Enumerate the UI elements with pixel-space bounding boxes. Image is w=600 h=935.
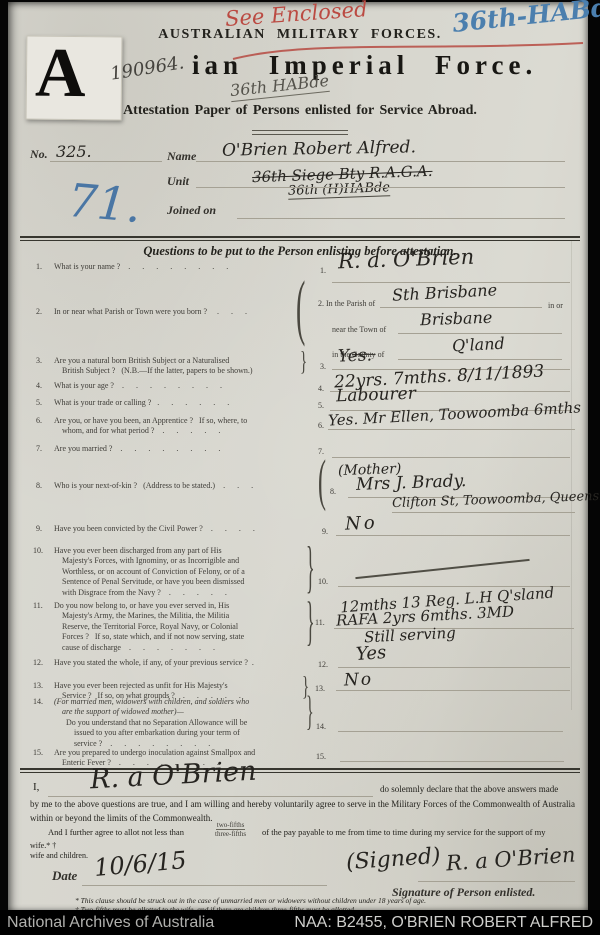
q2-number: 2. bbox=[36, 307, 42, 316]
a13-underline bbox=[336, 689, 570, 691]
no-underline bbox=[50, 160, 162, 162]
a1-number: 1. bbox=[320, 266, 326, 275]
q14-italic-text: (For married men, widowers with children… bbox=[54, 697, 312, 718]
a9-answer: No bbox=[345, 512, 378, 534]
q11-brace: } bbox=[306, 594, 315, 648]
q3-text: Are you a natural born British Subject o… bbox=[54, 356, 309, 377]
q12-text: Have you stated the whole, if any, of yo… bbox=[54, 658, 314, 668]
wife-clause-line1: wife.* † bbox=[30, 841, 88, 851]
name-value: O'Brien Robert Alfred. bbox=[222, 137, 416, 160]
a2-county-underline bbox=[398, 358, 562, 360]
q3-brace: } bbox=[300, 350, 307, 377]
q10-number: 10. bbox=[33, 546, 43, 555]
archive-caption-bar: National Archives of Australia NAA: B245… bbox=[0, 910, 600, 935]
a12-answer: Yes bbox=[355, 642, 387, 665]
joined-on-underline bbox=[237, 217, 565, 219]
archive-reference: NAA: B2455, O'BRIEN ROBERT ALFRED bbox=[294, 914, 593, 932]
q2-text: In or near what Parish or Town were you … bbox=[54, 307, 294, 317]
a5-answer: Labourer bbox=[336, 384, 416, 407]
name-label: Name bbox=[167, 149, 196, 164]
a9-underline bbox=[336, 534, 570, 536]
a3-number: 3. bbox=[320, 362, 326, 371]
a2-county-post: of bbox=[376, 350, 385, 359]
a15-number: 15. bbox=[316, 752, 326, 761]
a11-number: 11. bbox=[315, 618, 325, 627]
q9-number: 9. bbox=[36, 524, 42, 533]
subtitle-rule bbox=[252, 130, 348, 135]
q8-brace: ( bbox=[318, 453, 326, 511]
a10-number: 10. bbox=[318, 577, 328, 586]
attestation-subtitle: Attestation Paper of Persons enlisted fo… bbox=[60, 103, 540, 119]
q12-number: 12. bbox=[33, 658, 43, 667]
a9-number: 9. bbox=[322, 527, 328, 536]
q7-text: Are you married ? . . . . . . . . bbox=[54, 444, 314, 454]
q6-text: Are you, or have you been, an Apprentice… bbox=[54, 416, 312, 437]
joined-on-label: Joined on bbox=[167, 203, 216, 218]
a1-answer: R. a. O'Brien bbox=[338, 245, 475, 274]
allotment-after: of the pay payable to me from time to ti… bbox=[262, 827, 546, 837]
a6-number: 6. bbox=[318, 421, 324, 430]
q1-text: What is your name ? . . . . . . . . bbox=[54, 262, 314, 272]
q4-number: 4. bbox=[36, 381, 42, 390]
q8-text: Who is your next-of-kin ? (Address to be… bbox=[54, 481, 309, 491]
a8-number: 8. bbox=[330, 487, 336, 496]
a4-number: 4. bbox=[318, 384, 324, 393]
q5-text: What is your trade or calling ? . . . . … bbox=[54, 398, 314, 408]
section-divider-top bbox=[20, 236, 580, 241]
q10-text: Have you ever been discharged from any p… bbox=[54, 546, 312, 598]
a5-number: 5. bbox=[318, 401, 324, 410]
paper-fold-line bbox=[571, 240, 572, 710]
unit-underline bbox=[196, 186, 565, 188]
a2-parish-label: 2. In the Parish of bbox=[318, 299, 375, 308]
declaration-after-text: do solemnly declare that the above answe… bbox=[380, 784, 558, 794]
label-letter-a: A bbox=[35, 35, 86, 113]
a15-underline bbox=[340, 760, 564, 762]
a13-answer: No bbox=[344, 669, 374, 690]
allotment-before: And I further agree to allot not less th… bbox=[48, 827, 184, 837]
allotment-fraction: two-fifths three-fifths bbox=[215, 821, 246, 838]
a13-number: 13. bbox=[315, 684, 325, 693]
q14-number: 14. bbox=[33, 697, 43, 706]
q14-text: Do you understand that no Separation All… bbox=[66, 718, 314, 749]
document-scan: See Enclosed 36th-HABde AUSTRALIAN MILIT… bbox=[0, 0, 600, 935]
a14-number: 14. bbox=[316, 722, 326, 731]
a12-underline bbox=[338, 666, 570, 668]
fraction-two-fifths: two-fifths bbox=[216, 821, 246, 830]
blue-margin-mark: 71. bbox=[66, 173, 144, 233]
name-underline bbox=[196, 160, 565, 162]
no-label: No. bbox=[30, 147, 48, 162]
a2-in-or: in or bbox=[548, 301, 563, 310]
q15-number: 15. bbox=[33, 748, 43, 757]
q11-text: Do you now belong to, or have you ever s… bbox=[54, 601, 312, 653]
footnote-star: * This clause should be struck out in th… bbox=[75, 896, 426, 905]
q8-number: 8. bbox=[36, 481, 42, 490]
a12-number: 12. bbox=[318, 660, 328, 669]
a8-address-underline bbox=[392, 511, 575, 513]
q1-number: 1. bbox=[36, 262, 42, 271]
a2-parish-underline bbox=[380, 306, 542, 308]
wife-clause: wife.* † wife and children. bbox=[30, 841, 88, 860]
q6-number: 6. bbox=[36, 416, 42, 425]
page-title: ian Imperial Force. bbox=[192, 50, 537, 81]
date-label: Date bbox=[52, 868, 77, 884]
q7-number: 7. bbox=[36, 444, 42, 453]
archive-name: National Archives of Australia bbox=[7, 914, 214, 932]
q10-brace: } bbox=[306, 538, 315, 596]
q3-number: 3. bbox=[36, 356, 42, 365]
q2-brace: ( bbox=[296, 274, 305, 347]
q9-text: Have you been convicted by the Civil Pow… bbox=[54, 524, 314, 534]
a3-answer: Yes. bbox=[338, 345, 373, 366]
q5-number: 5. bbox=[36, 398, 42, 407]
a2-town-label: near the Town of bbox=[332, 325, 386, 334]
fraction-three-fifths: three-fifths bbox=[215, 830, 246, 838]
date-underline bbox=[82, 884, 327, 886]
signature-underline bbox=[418, 880, 575, 882]
a6-underline bbox=[328, 428, 575, 430]
q11-number: 11. bbox=[33, 601, 43, 610]
q14-brace: } bbox=[306, 693, 314, 735]
a2-town-underline bbox=[398, 332, 562, 334]
declaration-underline bbox=[48, 795, 373, 797]
unit-label: Unit bbox=[167, 174, 189, 189]
a8-answer: Mrs J. Brady. bbox=[356, 471, 467, 495]
a14-underline bbox=[338, 730, 563, 732]
q4-text: What is your age ? . . . . . . . . bbox=[54, 381, 314, 391]
q13-number: 13. bbox=[33, 681, 43, 690]
a2-county-value: Q'land bbox=[452, 334, 506, 356]
wife-clause-line2: wife and children. bbox=[30, 851, 88, 861]
no-value: 325. bbox=[56, 142, 92, 161]
a7-underline bbox=[332, 456, 570, 458]
a2-town-value: Brisbane bbox=[420, 308, 493, 330]
declaration-body: by me to the above questions are true, a… bbox=[30, 798, 575, 825]
declaration-i-label: I, bbox=[33, 781, 39, 793]
